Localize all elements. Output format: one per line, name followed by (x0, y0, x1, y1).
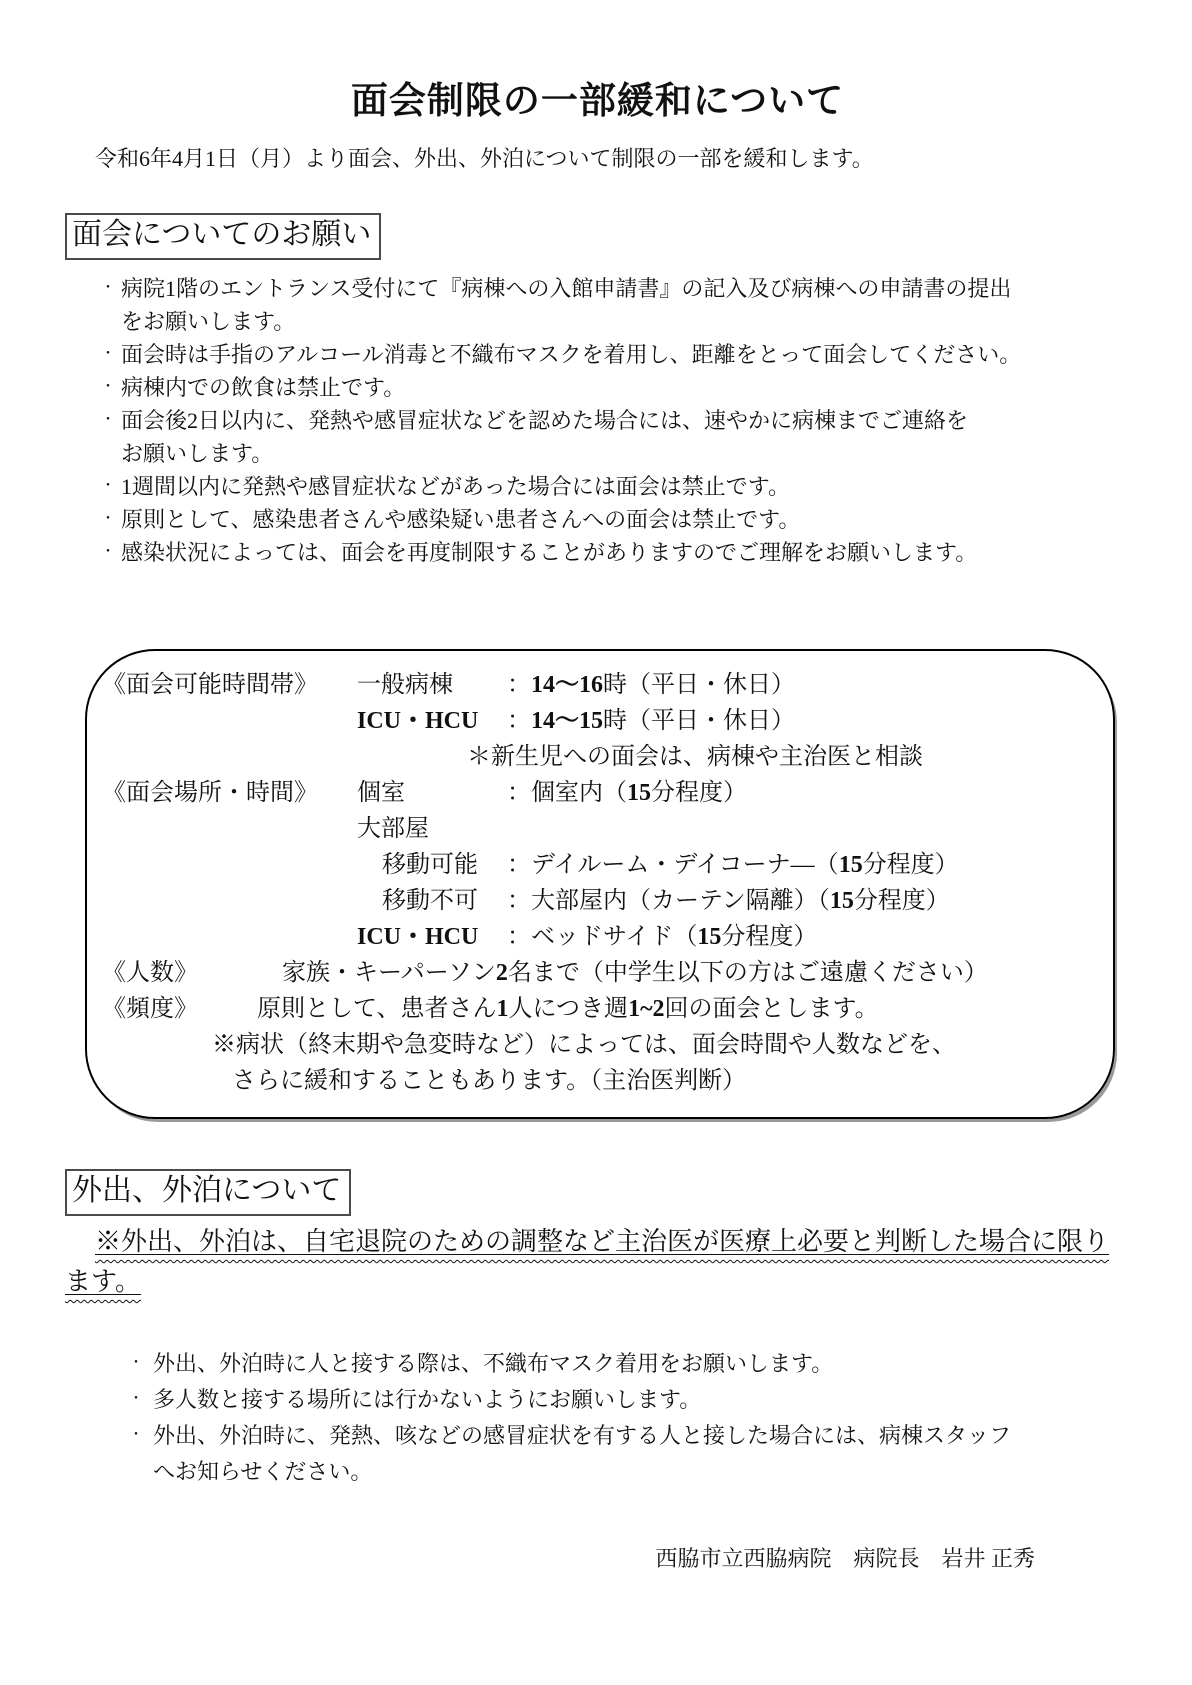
bullet-text: お願いします。 (121, 437, 1130, 470)
schedule-row: 移動不可：大部屋内（カーテン隔離）（15分程度） (102, 883, 1103, 919)
list-item: ・ 外出、外泊時に、発熱、咳などの感冒症状を有する人と接した場合には、病棟スタッ… (65, 1418, 1130, 1490)
list-item: ・ 感染状況によっては、面会を再度制限することがありますのでご理解をお願いします… (65, 536, 1130, 569)
bullet-text: 外出、外泊時に人と接する際は、不織布マスク着用をお願いします。 (153, 1346, 1130, 1382)
schedule-value: ：個室内（15分程度） (507, 780, 747, 806)
outing-note-line: ※外出、外泊は、自宅退院のための調整など主治医が医療上必要と判断した場合に限り (65, 1222, 1120, 1262)
outing-note-line: ます。 (65, 1262, 1120, 1302)
schedule-label: 《面会場所・時間》 (102, 775, 357, 811)
outing-note: ※外出、外泊は、自宅退院のための調整など主治医が医療上必要と判断した場合に限り … (65, 1222, 1120, 1302)
list-item: ・ 面会時は手指のアルコール消毒と不織布マスクを着用し、距離をとって面会してくだ… (65, 338, 1130, 371)
visit-bullet-list: ・ 病院1階のエントランス受付にて『病棟への入館申請書』の記入及び病棟への申請書… (65, 272, 1130, 569)
bullet-text: 面会時は手指のアルコール消毒と不織布マスクを着用し、距離をとって面会してください… (121, 338, 1130, 371)
visit-section-heading: 面会についてのお願い (65, 213, 381, 260)
schedule-value: ：14～15時（平日・休日） (507, 708, 795, 734)
schedule-value: ：大部屋内（カーテン隔離）（15分程度） (507, 888, 950, 914)
bullet-text: 面会後2日以内に、発熱や感冒症状などを認めた場合には、速やかに病棟までご連絡を (121, 404, 1130, 437)
list-item: ・ 外出、外泊時に人と接する際は、不織布マスク着用をお願いします。 (65, 1346, 1130, 1382)
list-item: ・ 原則として、感染患者さんや感染疑い患者さんへの面会は禁止です。 (65, 503, 1130, 536)
schedule-row: ※病状（終末期や急変時など）によっては、面会時間や人数などを、 (102, 1027, 1103, 1063)
schedule-row: 《面会場所・時間》個室：個室内（15分程度） (102, 775, 1103, 811)
schedule-label: 《頻度》 (102, 991, 257, 1027)
schedule-row: 移動可能：デイルーム・デイコーナ―（15分程度） (102, 847, 1103, 883)
bullet-text: 1週間以内に発熱や感冒症状などがあった場合には面会は禁止です。 (121, 470, 1130, 503)
schedule-note: さらに緩和することもあります。（主治医判断） (232, 1068, 746, 1094)
intro-line: 令和6年4月1日（月）より面会、外出、外泊について制限の一部を緩和します。 (95, 142, 1130, 173)
bullet-marker: ・ (101, 470, 115, 503)
schedule-row: 《頻度》原則として、患者さん1人につき週1~2回の面会とします。 (102, 991, 1103, 1027)
outing-bullet-list: ・ 外出、外泊時に人と接する際は、不織布マスク着用をお願いします。 ・ 多人数と… (65, 1346, 1130, 1490)
schedule-sublabel: 移動不可 (382, 883, 507, 919)
schedule-row: 《人数》家族・キーパーソン2名まで（中学生以下の方はご遠慮ください） (102, 955, 1103, 991)
document-content: 面会制限の一部緩和について 令和6年4月1日（月）より面会、外出、外泊について制… (0, 0, 1192, 1573)
schedule-value: 家族・キーパーソン2名まで（中学生以下の方はご遠慮ください） (282, 960, 988, 986)
schedule-row: 《面会可能時間帯》一般病棟：14～16時（平日・休日） (102, 667, 1103, 703)
bullet-marker: ・ (129, 1346, 143, 1382)
bullet-text: 外出、外泊時に、発熱、咳などの感冒症状を有する人と接した場合には、病棟スタッフ (153, 1418, 1130, 1454)
schedule-value: ：ベッドサイド（15分程度） (507, 924, 817, 950)
schedule-sublabel: 個室 (357, 775, 507, 811)
schedule-row: ICU・HCU：ベッドサイド（15分程度） (102, 919, 1103, 955)
bullet-marker: ・ (129, 1418, 143, 1454)
bullet-marker: ・ (101, 272, 115, 305)
schedule-label: 《人数》 (102, 955, 282, 991)
schedule-sublabel: ICU・HCU (357, 919, 507, 955)
list-item: ・ 病棟内での飲食は禁止です。 (65, 371, 1130, 404)
bullet-marker: ・ (129, 1382, 143, 1418)
bullet-marker: ・ (101, 338, 115, 371)
visiting-schedule-box: 《面会可能時間帯》一般病棟：14～16時（平日・休日） ICU・HCU：14～1… (85, 649, 1115, 1119)
schedule-row: さらに緩和することもあります。（主治医判断） (102, 1063, 1103, 1099)
bullet-marker: ・ (101, 404, 115, 437)
list-item: ・ 面会後2日以内に、発熱や感冒症状などを認めた場合には、速やかに病棟までご連絡… (65, 404, 1130, 470)
bullet-marker: ・ (101, 503, 115, 536)
schedule-sublabel: 移動可能 (382, 847, 507, 883)
bullet-text: 多人数と接する場所には行かないようにお願いします。 (153, 1382, 1130, 1418)
schedule-note: ※病状（終末期や急変時など）によっては、面会時間や人数などを、 (212, 1032, 956, 1058)
bullet-text: 原則として、感染患者さんや感染疑い患者さんへの面会は禁止です。 (121, 503, 1130, 536)
bullet-marker: ・ (101, 536, 115, 569)
bullet-text: 感染状況によっては、面会を再度制限することがありますのでご理解をお願いします。 (121, 536, 1130, 569)
visit-section: 面会についてのお願い (65, 213, 1130, 260)
bullet-marker: ・ (101, 371, 115, 404)
schedule-label: 《面会可能時間帯》 (102, 667, 357, 703)
schedule-sublabel: 大部屋 (357, 811, 507, 847)
schedule-sublabel: 一般病棟 (357, 667, 507, 703)
list-item: ・ 病院1階のエントランス受付にて『病棟への入館申請書』の記入及び病棟への申請書… (65, 272, 1130, 338)
page-title: 面会制限の一部緩和について (65, 0, 1130, 124)
schedule-note: ＊新生児への面会は、病棟や主治医と相談 (467, 744, 923, 770)
schedule-value: ：デイルーム・デイコーナ―（15分程度） (507, 852, 959, 878)
schedule-value: ：14～16時（平日・休日） (507, 672, 795, 698)
list-item: ・ 1週間以内に発熱や感冒症状などがあった場合には面会は禁止です。 (65, 470, 1130, 503)
schedule-value: 原則として、患者さん1人につき週1~2回の面会とします。 (257, 996, 879, 1022)
schedule-row: ＊新生児への面会は、病棟や主治医と相談 (102, 739, 1103, 775)
bullet-text: へお知らせください。 (153, 1454, 1130, 1490)
bullet-text: をお願いします。 (121, 305, 1130, 338)
outing-section-heading: 外出、外泊について (65, 1169, 351, 1216)
schedule-sublabel: ICU・HCU (357, 703, 507, 739)
bullet-text: 病棟内での飲食は禁止です。 (121, 371, 1130, 404)
signature-line: 西脇市立西脇病院 病院長 岩井 正秀 (65, 1542, 1130, 1573)
document-page: 面会制限の一部緩和について 令和6年4月1日（月）より面会、外出、外泊について制… (0, 0, 1192, 1685)
schedule-row: ICU・HCU：14～15時（平日・休日） (102, 703, 1103, 739)
bullet-text: 病院1階のエントランス受付にて『病棟への入館申請書』の記入及び病棟への申請書の提… (121, 272, 1130, 305)
schedule-row: 大部屋 (102, 811, 1103, 847)
list-item: ・ 多人数と接する場所には行かないようにお願いします。 (65, 1382, 1130, 1418)
outing-section: 外出、外泊について (65, 1169, 1130, 1216)
